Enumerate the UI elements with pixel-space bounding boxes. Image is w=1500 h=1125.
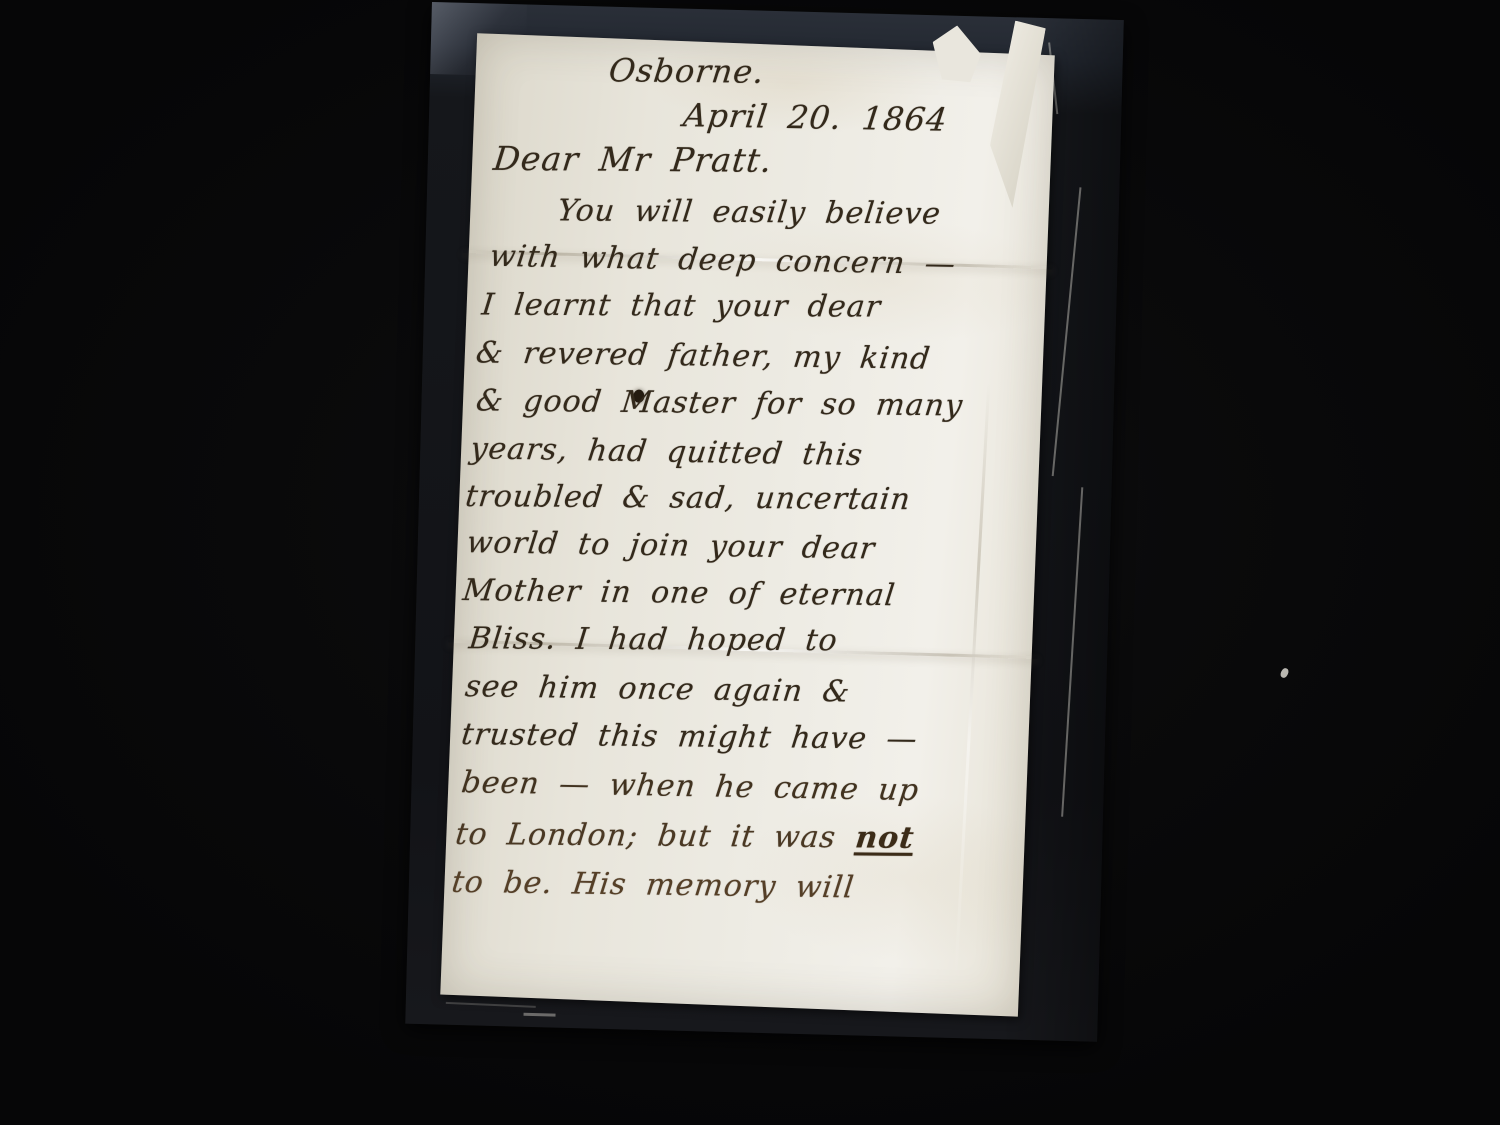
photo-background: Osborne. April 20. 1864 Dear Mr Pratt. Y… — [0, 0, 1500, 1125]
scratch-mark — [1061, 487, 1083, 817]
letter-body-line: with what deep concern — — [488, 242, 958, 280]
scratch-mark — [523, 1013, 555, 1017]
letter-body-line-text: to London; but it was — [454, 817, 858, 855]
fold-crease-vertical — [954, 383, 990, 982]
letter-body-line: Mother in one of eternal — [461, 576, 897, 611]
letter-date: April 20. 1864 — [682, 99, 950, 136]
letter-place: Osborne. — [607, 54, 766, 88]
dust-speck — [1279, 667, 1290, 679]
letter-body-line: been — when he came up — [460, 768, 921, 806]
letter-body-line: troubled & sad, uncertain — [464, 482, 913, 515]
letter-body-line: to London; but it was not — [454, 820, 916, 854]
letter-body-line: trusted this might have — — [460, 720, 920, 755]
letter-body-line: to be. His memory will — [450, 868, 856, 904]
underlined-word: not — [854, 820, 917, 855]
scratch-mark — [1052, 187, 1082, 476]
letter-body-line: & revered father, my kind — [474, 338, 932, 374]
letter-body-line: & good Master for so many — [474, 386, 964, 421]
letter-paper: Osborne. April 20. 1864 Dear Mr Pratt. Y… — [440, 33, 1055, 1016]
letter-body-line: years, had quitted this — [469, 434, 865, 471]
scratch-mark — [446, 1002, 536, 1008]
letter-body-line: see him once again & — [464, 672, 852, 707]
letter-body-line: world to join your dear — [465, 528, 877, 564]
album-mount: Osborne. April 20. 1864 Dear Mr Pratt. Y… — [405, 2, 1124, 1042]
letter-body-line: I learnt that your dear — [480, 291, 882, 323]
letter-body-line: Bliss. I had hoped to — [467, 624, 839, 656]
letter-salutation: Dear Mr Pratt. — [492, 142, 774, 177]
letter-body-line: You will easily believe — [556, 196, 943, 229]
